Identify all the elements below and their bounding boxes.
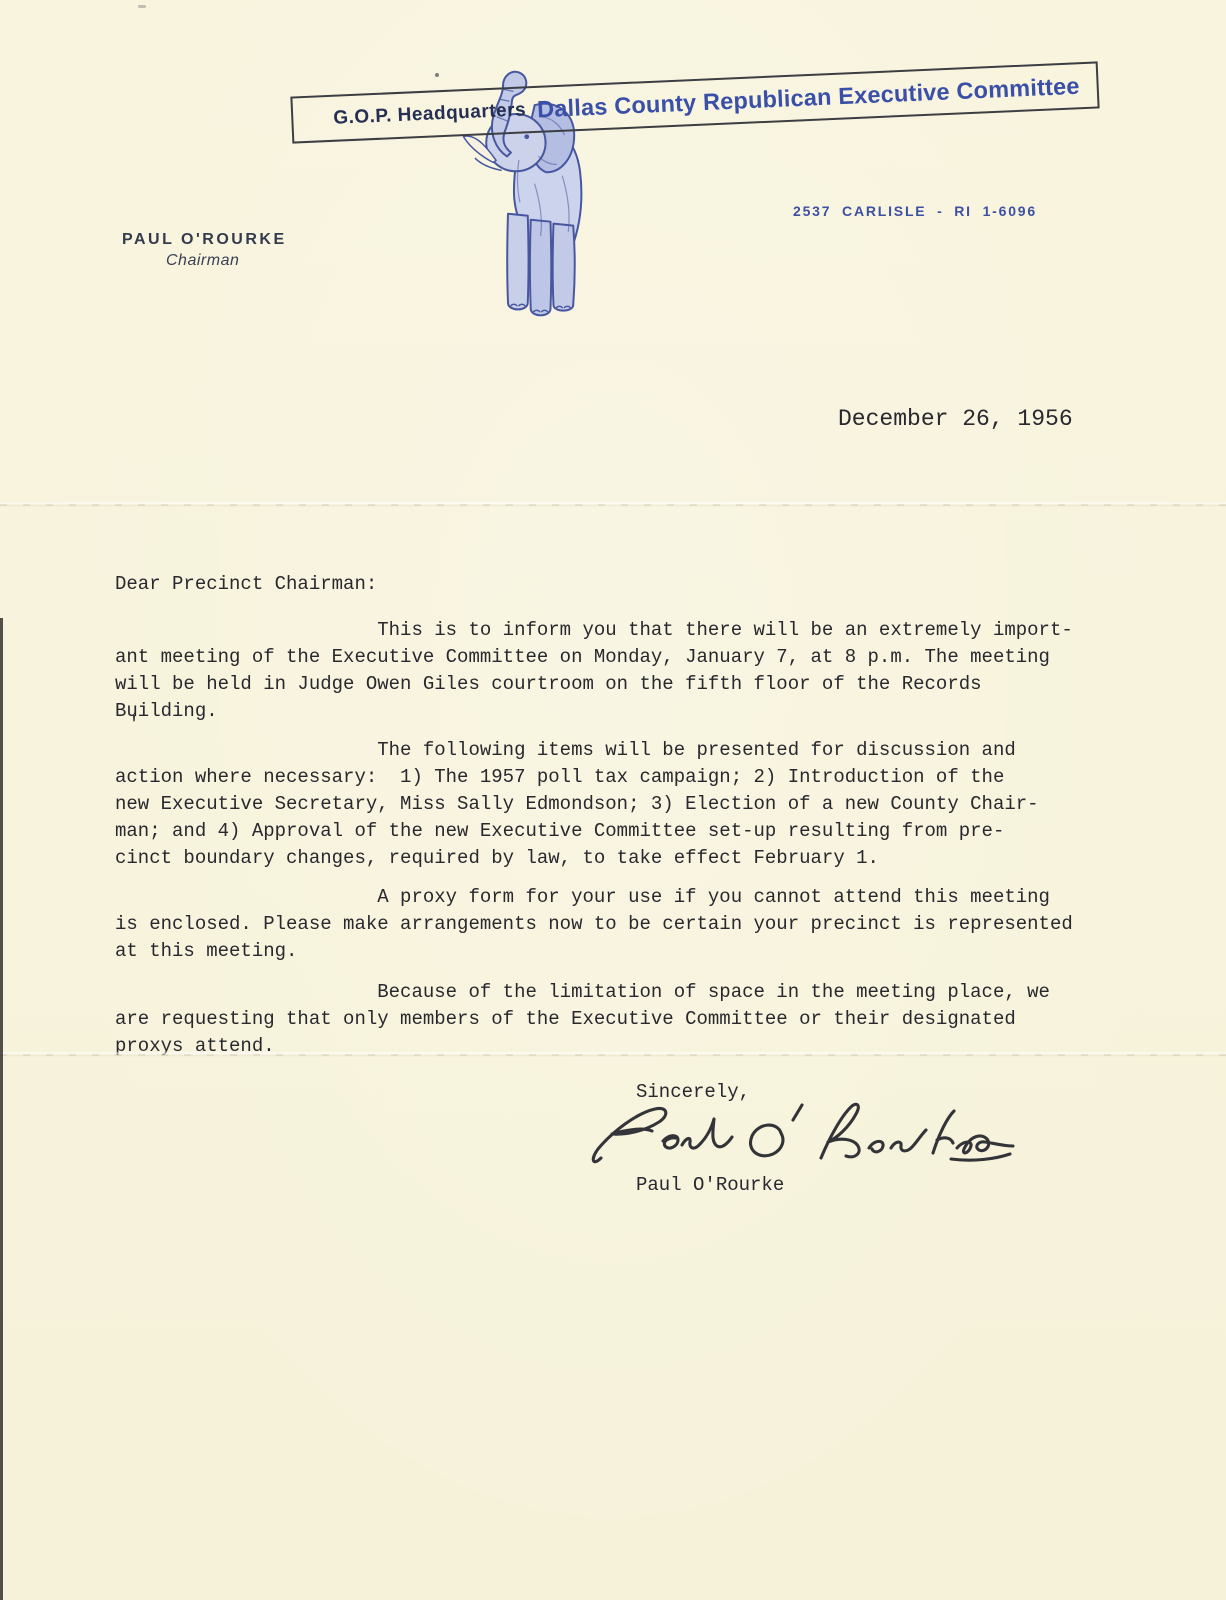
paper-fold-crease-top xyxy=(0,501,1226,507)
paragraph-agenda-items: The following items will be presented fo… xyxy=(115,737,1039,872)
paragraph-meeting-notice: This is to inform you that there will be… xyxy=(115,617,1073,725)
address-line: 2537 CARLISLE - RI 1-6096 xyxy=(793,203,1037,219)
paragraph-proxy-form: A proxy form for your use if you cannot … xyxy=(115,884,1073,965)
gop-headquarters-label: G.O.P. Headquarters xyxy=(333,99,527,129)
scan-edge-artifact xyxy=(0,618,3,1600)
letterhead-banner: G.O.P. Headquarters Dallas County Republ… xyxy=(290,61,1099,143)
paragraph-space-limitation: Because of the limitation of space in th… xyxy=(115,979,1050,1060)
committee-name-label: Dallas County Republican Executive Commi… xyxy=(537,72,1081,123)
typed-signature-name: Paul O'Rourke xyxy=(636,1172,784,1199)
officer-title: Chairman xyxy=(166,252,239,270)
date-line: December 26, 1956 xyxy=(838,406,1073,433)
scan-speck xyxy=(138,5,146,8)
officer-name: PAUL O'ROURKE xyxy=(122,231,287,249)
salutation: Dear Precinct Chairman: xyxy=(115,571,377,598)
scanned-letter-page: G.O.P. Headquarters Dallas County Republ… xyxy=(0,0,1226,1600)
signature-paul-orourke xyxy=(585,1096,1015,1174)
stray-ink-mark: ' xyxy=(128,712,140,739)
